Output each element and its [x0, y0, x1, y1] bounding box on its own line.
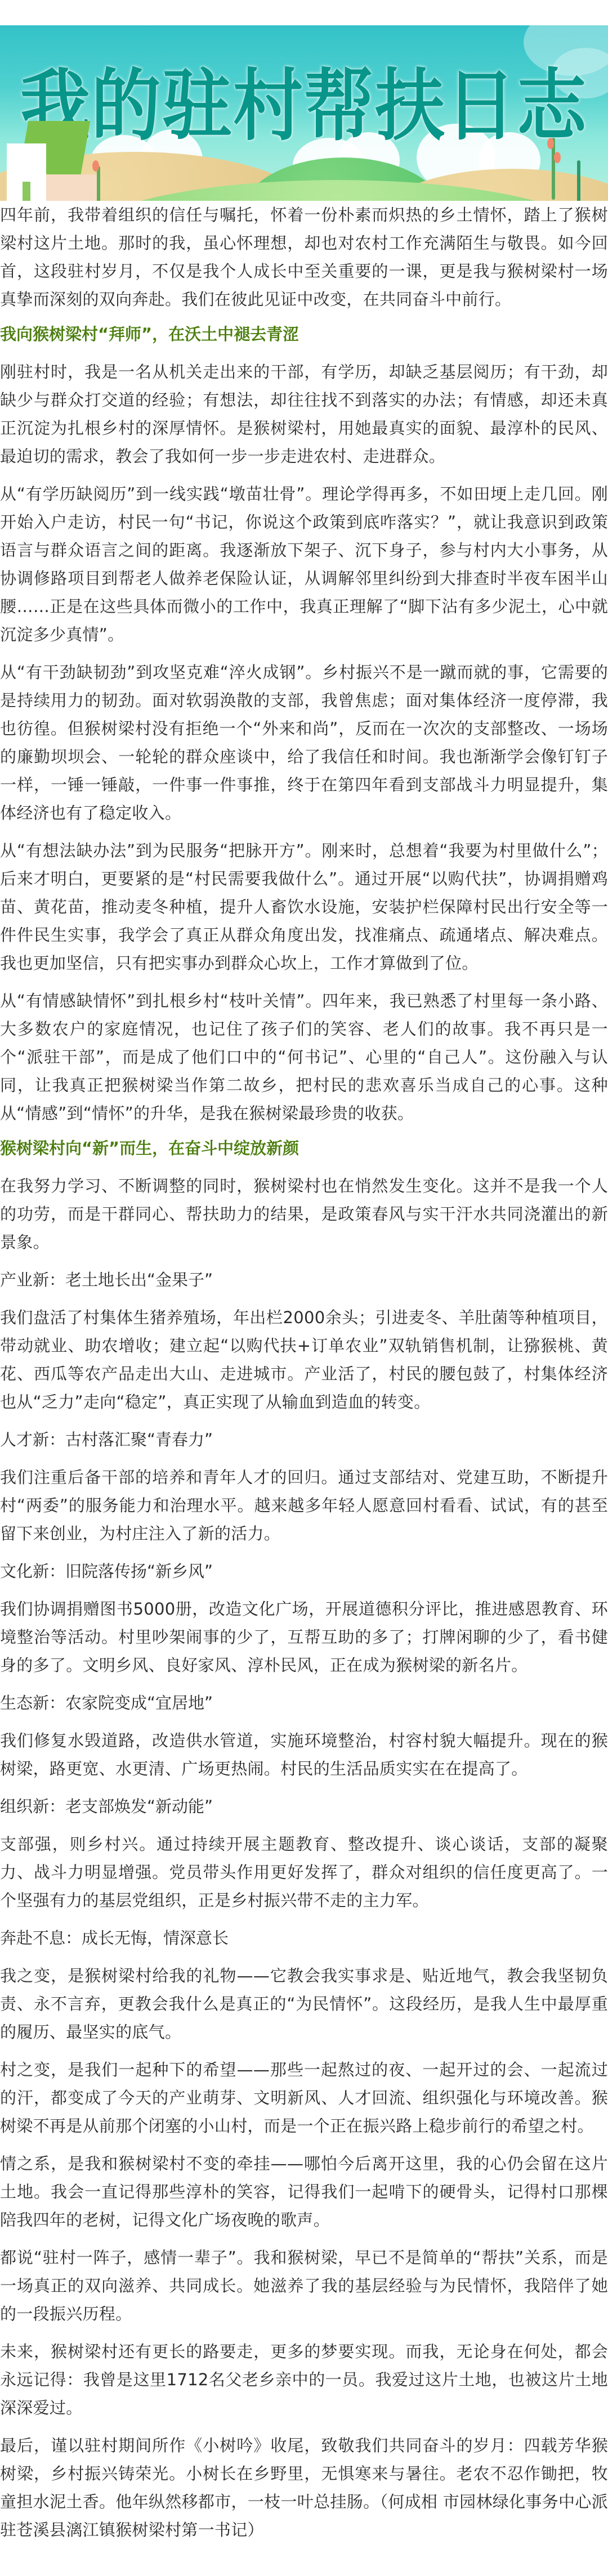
body-paragraph: 从“有学历缺阅历”到一线实践“墩苗壮骨”。理论学得再多，不如田埂上走几回。刚开始… [0, 480, 608, 649]
body-paragraph: 支部强，则乡村兴。通过持续开展主题教育、整改提升、谈心谈话，支部的凝聚力、战斗力… [0, 1830, 608, 1914]
subsection-title: 生态新：农家院变成“宜居地” [0, 1689, 608, 1717]
subsection-title: 奔赴不息：成长无悔，情深意长 [0, 1924, 608, 1952]
body-paragraph: 我之变，是猴树梁村给我的礼物——它教会我实事求是、贴近地气，教会我坚韧负责、永不… [0, 1962, 608, 2046]
body-paragraph: 刚驻村时，我是一名从机关走出来的干部，有学历，却缺乏基层阅历；有干劲，却缺少与群… [0, 358, 608, 470]
article-body: 四年前，我带着组织的信任与嘱托，怀着一份朴素而炽热的乡土情怀，踏上了猴树梁村这片… [0, 201, 608, 2576]
plant-stem-decoration [97, 166, 100, 201]
body-paragraph: 我们修复水毁道路，改造供水管道，实施环境整治，村容村貌大幅提升。现在的猴树梁，路… [0, 1727, 608, 1783]
top-whitespace [0, 0, 608, 25]
subsection-title: 文化新：旧院落传扬“新乡风” [0, 1557, 608, 1585]
flower-bud-decoration [92, 160, 99, 172]
body-paragraph: 情之系，是我和猴树梁村不变的牵挂——哪怕今后离开这里，我的心仍会留在这片土地。我… [0, 2150, 608, 2234]
closing-paragraph: 最后，谨以驻村期间所作《小树吟》收尾，致敬我们共同奋斗的岁月：四载芳华猴树梁，乡… [0, 2431, 608, 2544]
intro-paragraph: 四年前，我带着组织的信任与嘱托，怀着一份朴素而炽热的乡土情怀，踏上了猴树梁村这片… [0, 201, 608, 313]
body-paragraph: 我们协调捐赠图书5000册，改造文化广场，开展道德积分评比，推进感恩教育、环境整… [0, 1595, 608, 1679]
body-paragraph: 从“有干劲缺韧劲”到攻坚克难“淬火成钢”。乡村振兴不是一蹴而就的事，它需要的是持… [0, 658, 608, 827]
body-paragraph: 未来，猴树梁村还有更长的路要走，更多的梦要实现。而我，无论身在何处，都会永远记得… [0, 2337, 608, 2422]
section-heading: 我向猴树梁村“拜师”，在沃土中褪去青涩 [0, 323, 608, 345]
flower-bud-decoration [547, 138, 554, 149]
header-banner: 我的驻村帮扶日志 [0, 25, 608, 201]
body-paragraph: 都说“驻村一阵子，感情一辈子”。我和猴树梁，早已不是简单的“帮扶”关系，而是一场… [0, 2244, 608, 2328]
section-heading: 猴树梁村向“新”而生，在奋斗中绽放新颜 [0, 1137, 608, 1159]
body-paragraph: 我们注重后备干部的培养和青年人才的回归。通过支部结对、党建互助，不断提升村“两委… [0, 1463, 608, 1548]
house-illustration [7, 121, 97, 201]
body-paragraph: 从“有想法缺办法”到为民服务“把脉开方”。刚来时，总想着“我要为村里做什么”；后… [0, 837, 608, 977]
body-paragraph: 村之变，是我们一起种下的希望——那些一起熬过的夜、一起开过的会、一起流过的汗，都… [0, 2056, 608, 2140]
subsection-title: 人才新：古村落汇聚“青春力” [0, 1426, 608, 1454]
body-paragraph: 在我努力学习、不断调整的同时，猴树梁村也在悄然发生变化。这并不是我一个人的功劳，… [0, 1172, 608, 1256]
plant-stem-decoration [577, 160, 580, 201]
body-paragraph: 从“有情感缺情怀”到扎根乡村“枝叶关情”。四年来，我已熟悉了村里每一条小路、大多… [0, 987, 608, 1127]
subsection-title: 产业新：老土地长出“金果子” [0, 1266, 608, 1294]
body-paragraph: 我们盘活了村集体生猪养殖场，年出栏2000余头；引进麦冬、羊肚菌等种植项目，带动… [0, 1303, 608, 1416]
flower-bud-decoration [554, 152, 561, 163]
subsection-title: 组织新：老支部焕发“新动能” [0, 1792, 608, 1820]
